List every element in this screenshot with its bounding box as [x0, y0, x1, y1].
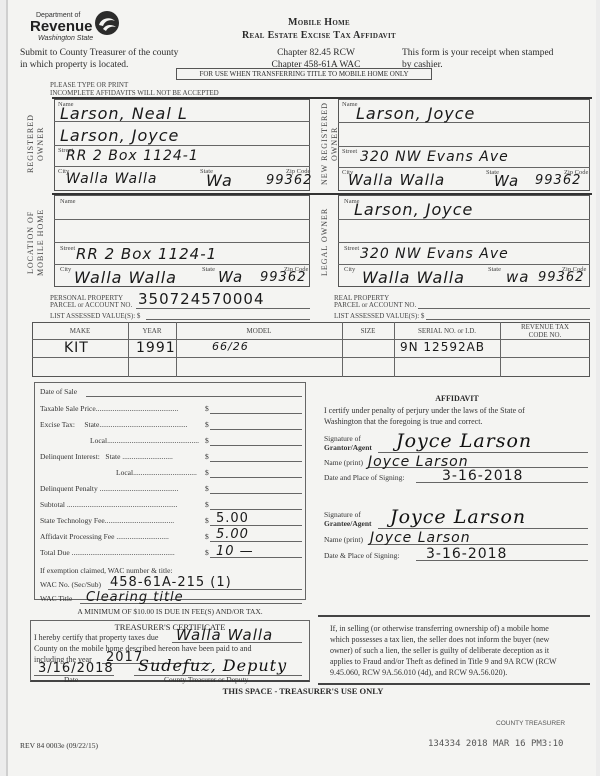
county-treasurer-label: County Treasurer or Deputy — [164, 675, 248, 684]
certificate-date-field[interactable]: 3/16/2018 — [38, 661, 114, 676]
cell-model[interactable]: 66/26 — [212, 340, 249, 353]
logo-washington-state: Washington State — [38, 35, 93, 42]
chapter-rcw: Chapter 82.45 RCW — [256, 48, 376, 58]
registered-owner-street[interactable]: RR 2 Box 1124-1 — [66, 148, 199, 164]
new-owner-street[interactable]: 320 NW Evans Ave — [360, 149, 509, 165]
location-of-mobile-home-label: LOCATION OFMOBILE HOME — [26, 196, 46, 288]
certify-line-2: Washington that the foregoing is true an… — [324, 417, 482, 426]
registered-owner-name-2[interactable]: Larson, Joyce — [60, 126, 179, 145]
grantor-signature-field[interactable]: Joyce Larson — [396, 430, 532, 452]
registered-owner-name-1[interactable]: Larson, Neal L — [60, 104, 188, 123]
incomplete-notice: INCOMPLETE AFFIDAVITS WILL NOT BE ACCEPT… — [50, 89, 219, 97]
header-size: SIZE — [342, 327, 394, 335]
legal-owner-zip[interactable]: 99362 — [538, 270, 584, 285]
wac-number-field[interactable]: 458-61A-215 (1) — [110, 575, 232, 590]
new-registered-owner-label: NEW REGISTEREDOWNER — [320, 100, 340, 188]
location-zip[interactable]: 99362 — [260, 270, 306, 285]
cell-make[interactable]: KIT — [64, 340, 89, 356]
delinquent-penalty-label: Delinquent Penalty .....................… — [40, 484, 178, 493]
location-city[interactable]: Walla Walla — [74, 268, 177, 287]
grantee-name-field[interactable]: Joyce Larson — [370, 530, 471, 546]
location-street[interactable]: RR 2 Box 1124-1 — [76, 245, 217, 263]
wac-title-label: WAC Title — [40, 594, 72, 603]
state-technology-fee-field[interactable]: 5.00 — [216, 511, 249, 526]
submit-instruction-2: in which property is located. — [20, 60, 128, 70]
taxable-sale-price-label: Taxable Sale Price......................… — [40, 404, 178, 413]
registered-owner-label: REGISTEREDOWNER — [26, 100, 46, 188]
cell-year[interactable]: 1991 — [136, 340, 176, 356]
wac-title-field[interactable]: Clearing title — [86, 590, 184, 605]
wac-number-label: WAC No. (Sec/Sub) — [40, 580, 101, 589]
treasurer-county-field[interactable]: Walla Walla — [176, 626, 273, 644]
minimum-due-notice: A MINIMUM OF $10.00 IS DUE IN FEE(S) AND… — [34, 607, 306, 616]
header-revenue-tax-2: CODE NO. — [500, 331, 590, 339]
excise-tax-state-label: Excise Tax: State.......................… — [40, 420, 187, 429]
registered-owner-zip[interactable]: 99362 — [266, 173, 312, 188]
registered-owner-state[interactable]: Wa — [206, 171, 233, 190]
legal-owner-name-1[interactable]: Larson, Joyce — [354, 200, 473, 219]
submit-instruction-1: Submit to County Treasurer of the county — [20, 48, 178, 58]
total-due-field[interactable]: 10 — — [216, 544, 254, 559]
form-number: REV 84 0003e (09/22/15) — [20, 741, 98, 750]
grantee-signature-field[interactable]: Joyce Larson — [390, 506, 526, 528]
location-state[interactable]: Wa — [218, 268, 243, 286]
dor-logo: Department of Revenue Washington State — [30, 10, 120, 44]
subtotal-label: Subtotal ...............................… — [40, 500, 178, 509]
grantee-date-field[interactable]: 3-16-2018 — [426, 546, 507, 562]
header-model: MODEL — [176, 327, 342, 335]
registered-owner-city[interactable]: Walla Walla — [66, 171, 157, 187]
affidavit-form-page: Department of Revenue Washington State S… — [6, 0, 596, 776]
header-year: YEAR — [128, 327, 176, 335]
county-treasurer-stamp-label: COUNTY TREASURER — [496, 720, 565, 727]
legal-owner-street[interactable]: 320 NW Evans Ave — [360, 246, 509, 262]
state-technology-fee-label: State Technology Fee....................… — [40, 516, 174, 525]
affidavit-processing-fee-label: Affidavit Processing Fee ...............… — [40, 532, 169, 541]
logo-revenue: Revenue — [30, 20, 93, 34]
certify-line-1: I certify under penalty of perjury under… — [324, 406, 525, 415]
total-due-label: Total Due ..............................… — [40, 548, 175, 557]
treasurers-use-only-label: THIS SPACE - TREASURER'S USE ONLY — [8, 686, 598, 696]
form-title-line1: Mobile Home — [214, 17, 424, 28]
header-serial: SERIAL NO. or I.D. — [394, 327, 500, 335]
new-owner-zip[interactable]: 99362 — [535, 173, 581, 188]
excise-tax-local-label: Local...................................… — [90, 436, 199, 445]
form-title-line2: Real Estate Excise Tax Affidavit — [204, 30, 434, 41]
certificate-date-label: Date — [64, 675, 78, 684]
cell-serial[interactable]: 9N 12592AB — [400, 340, 485, 354]
new-owner-city[interactable]: Walla Walla — [348, 171, 445, 189]
legal-owner-label: LEGAL OWNER — [320, 196, 330, 288]
legal-owner-city[interactable]: Walla Walla — [362, 268, 465, 287]
new-owner-state[interactable]: Wa — [494, 172, 519, 190]
delinquent-interest-local-label: Local.................................. — [116, 468, 197, 477]
cashier-receipt-stamp: 134334 2018 MAR 16 PM3:10 — [428, 739, 563, 749]
delinquent-interest-state-label: Delinquent Interest: State .............… — [40, 452, 173, 461]
county-treasurer-signature[interactable]: Sudefuz, Deputy — [138, 656, 287, 675]
legal-owner-state[interactable]: wa — [506, 268, 529, 286]
grantor-date-field[interactable]: 3-16-2018 — [442, 468, 523, 484]
exemption-label: If exemption claimed, WAC number & title… — [40, 566, 173, 575]
dor-swirl-logo-icon — [94, 10, 120, 36]
personal-parcel-number[interactable]: 350724570004 — [138, 290, 265, 308]
please-type-notice: PLEASE TYPE OR PRINT — [50, 81, 128, 89]
date-of-sale-label: Date of Sale — [40, 387, 77, 396]
header-make: MAKE — [32, 327, 128, 335]
affidavit-processing-fee-field[interactable]: 5.00 — [216, 527, 249, 542]
receipt-note-1: This form is your receipt when stamped — [402, 48, 553, 58]
affidavit-title: AFFIDAVIT — [324, 394, 590, 403]
header-revenue-tax-1: REVENUE TAX — [500, 323, 590, 331]
transfer-banner: FOR USE WHEN TRANSFERRING TITLE TO MOBIL… — [176, 68, 432, 80]
new-owner-name-1[interactable]: Larson, Joyce — [356, 104, 475, 123]
